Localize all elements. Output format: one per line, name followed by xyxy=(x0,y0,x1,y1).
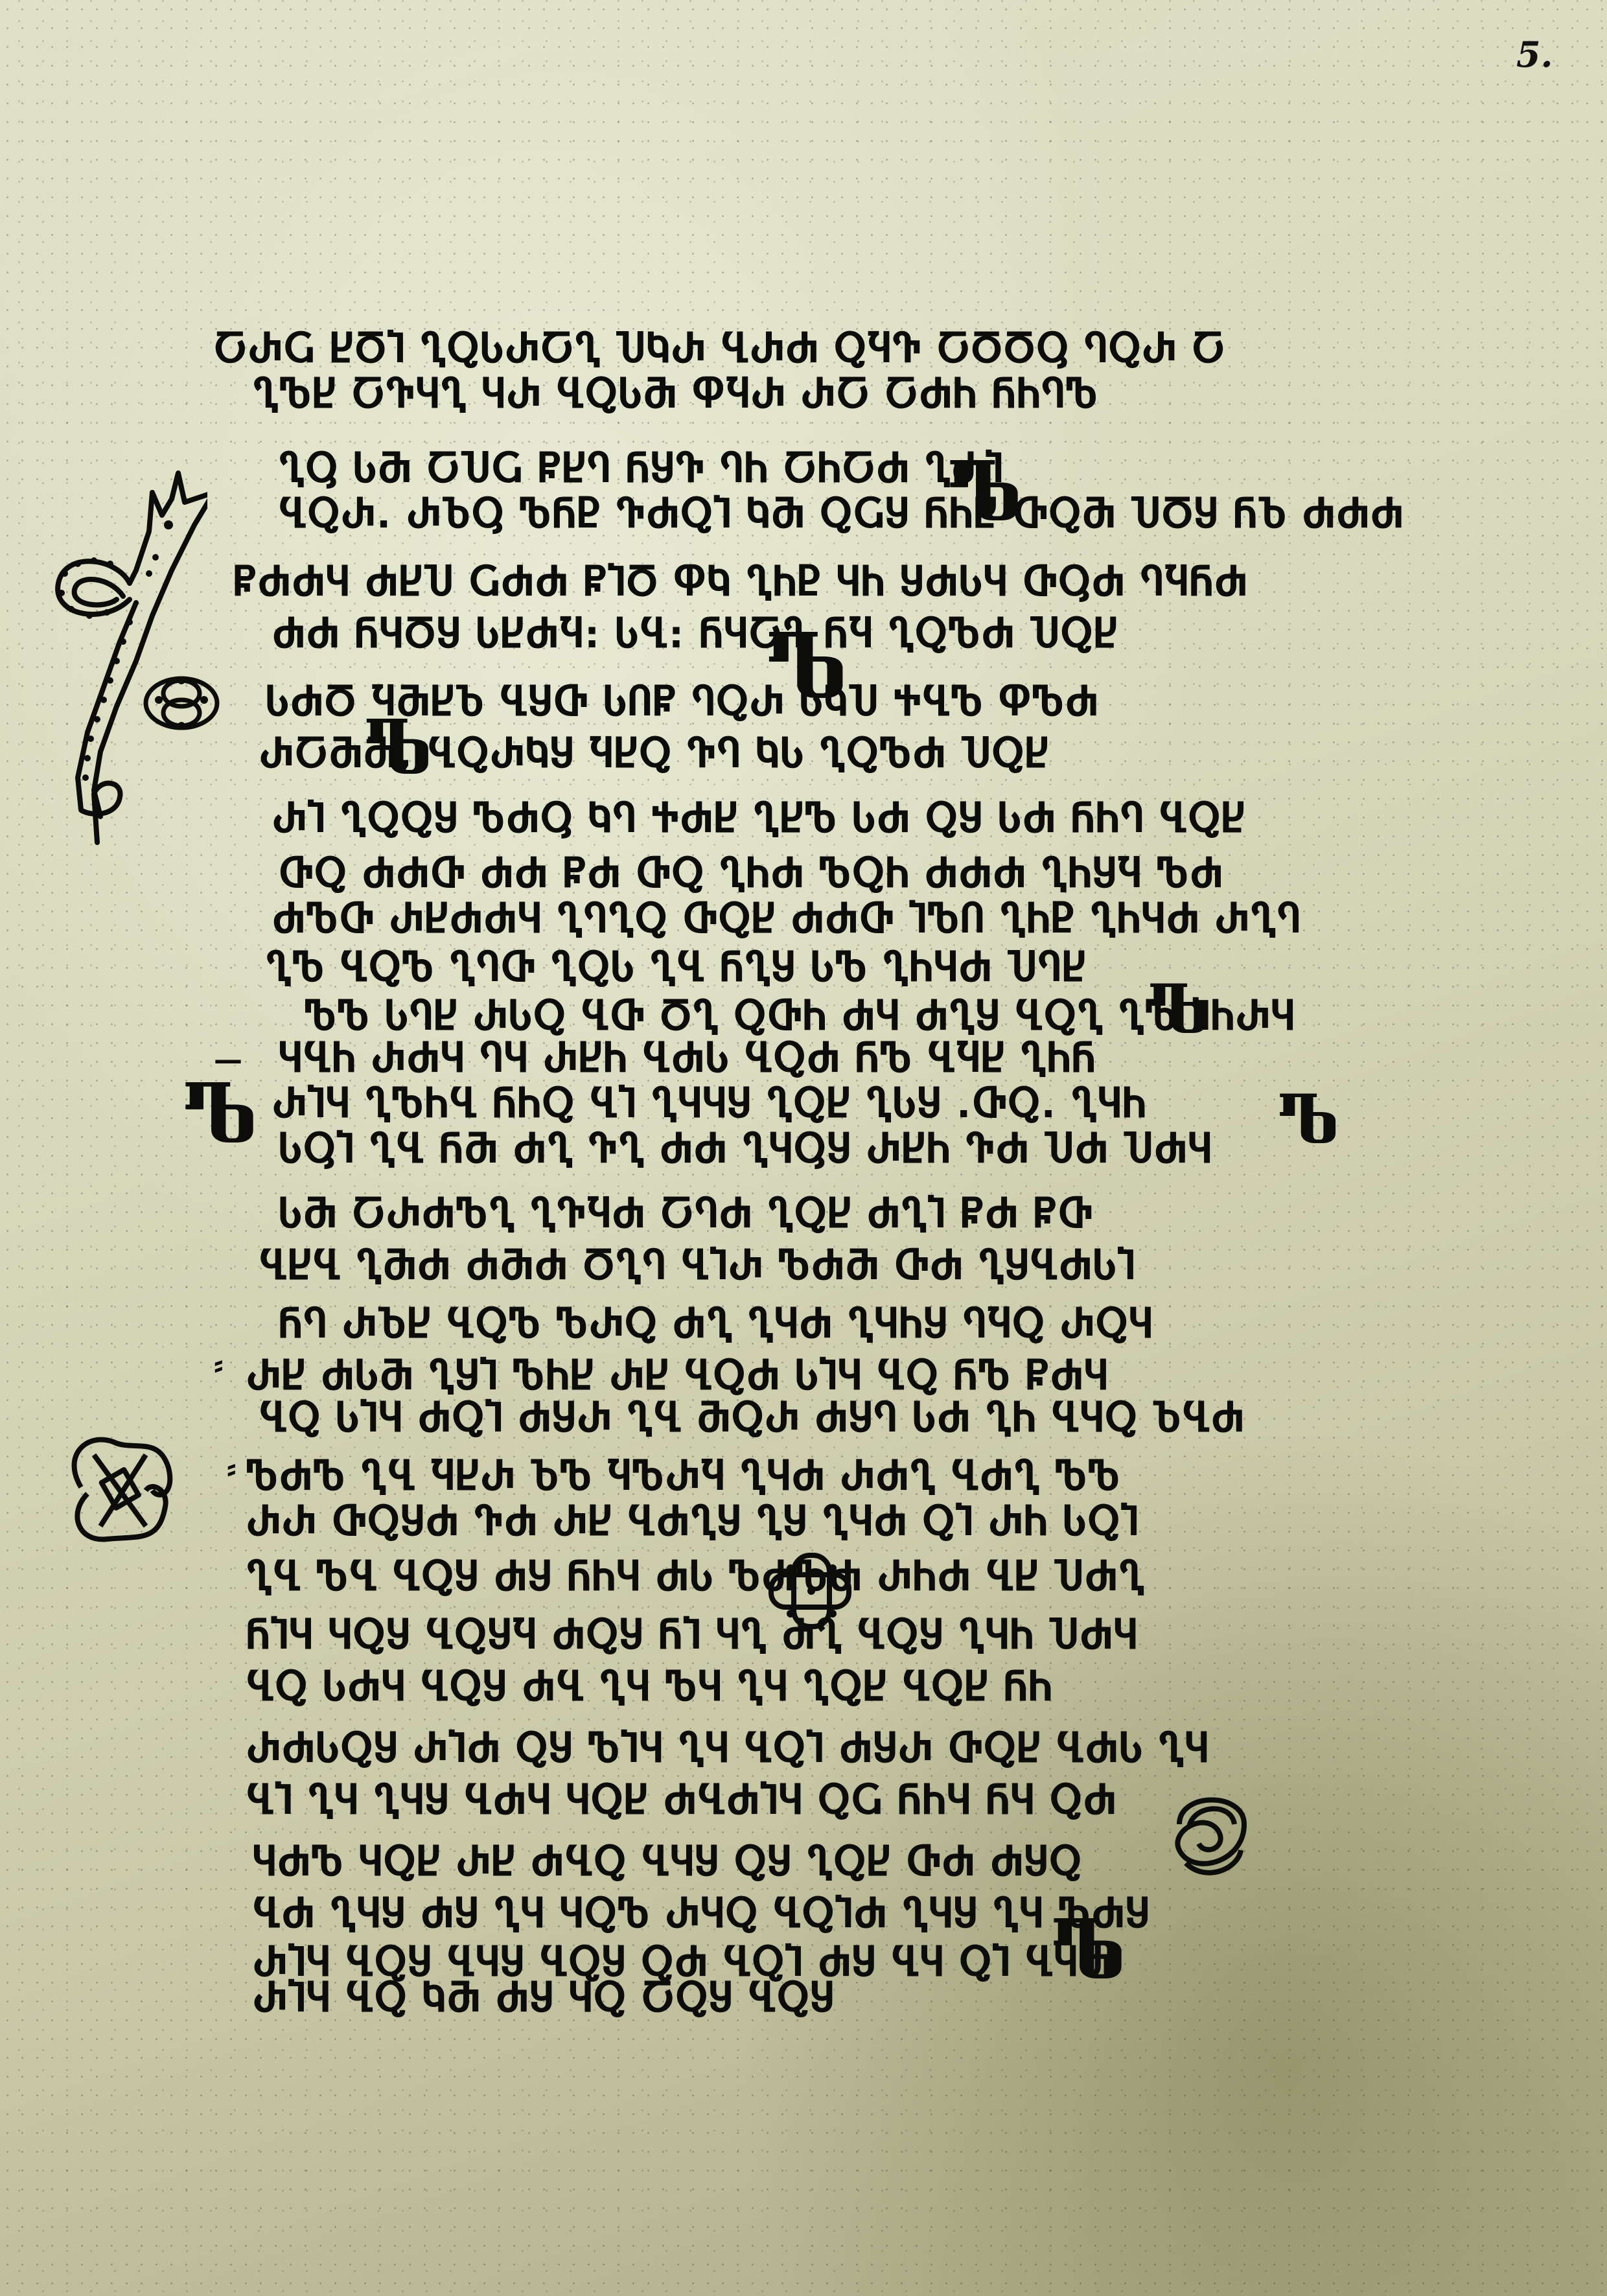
manuscript-line: ႰႨ ႢႭႭႸ ႪႻႳ ႩႤ ႵႻႾ ႢႾႪ ႱႻ ႭႸ ႱႻ ႬႹႤ ႡႭႾ xyxy=(272,797,1246,841)
triquetra-icon xyxy=(1166,1785,1257,1883)
interlace-knot-ornament xyxy=(62,1429,178,1549)
decorated-initial: Ⴊ xyxy=(1277,1089,1338,1157)
triquetra-ornament xyxy=(1166,1785,1257,1883)
manuscript-line: ႷႻႪ ႷႭႾ ႰႾ ႻႡႭ ႡႷႸ ႭႸ ႢႭႾ ႧႻ ႻႸႭ xyxy=(253,1840,1083,1884)
decorated-initial: Ⴊ xyxy=(765,625,846,717)
manuscript-line: ႡႭ ႱႻႷ ႡႭႸ ႻႡ ႢႷ ႪႷ ႢႷ ႢႭႾ ႡႭႾ ႬႹ xyxy=(246,1665,1053,1710)
margin-mark: ⸗ xyxy=(214,1348,224,1381)
manuscript-line: ႱႫ ႠႰႻႪႢ ႢႥႯႻ ႠႤႻ ႢႭႾ ႻႢႨ ႼႻ ႼႧ xyxy=(279,1192,1094,1236)
decorated-initial: Ⴊ xyxy=(1050,1912,1125,1995)
manuscript-line: ႪႻႪ ႢႡ ႯႾႰ ႦႪ ႯႪႰႯ ႢႷႻ ႰႻႢ ႡႻႢ ႪႪ xyxy=(246,1455,1121,1499)
manuscript-line: ႬႨႷ ႷႭႸ ႡႭႸႯ ႻႭႸ ႬႨ ႷႢ ႻႢ ႡႭႸ ႢႷႹ ႮႻႷ xyxy=(246,1614,1139,1658)
decorated-initial: Ⴊ xyxy=(946,454,1021,537)
serpent-icon xyxy=(39,454,207,868)
margin-mark: — xyxy=(214,1043,242,1076)
decorated-initial: Ⴊ xyxy=(363,713,431,789)
manuscript-line: ႼႻႻႷ ႻႾႮ ႺႻႻ ႼႨႣ ႴႩ ႢႹႲ ႷႹ ႸႻႱႷ ႧႳႻ ႤႯႬႻ xyxy=(233,561,1249,605)
interlace-knot-icon xyxy=(62,1429,178,1549)
manuscript-line: ႬႤ ႰႦႾ ႡႭႪ ႪႰႭ ႻႢ ႢႷႻ ႢႷႹႸ ႤႯႭ ႰႭႷ xyxy=(279,1303,1153,1347)
manuscript-line: ႷႡႹ ႰႻႷ ႤႷ ႰႾႹ ႡႻႱ ႡႭႻ ႬႪ ႡႯႾ ႢႹႬ xyxy=(279,1037,1096,1081)
knot-icon xyxy=(765,1549,855,1633)
manuscript-page: 5. ႠႰႺ ႾႣႨ ႢႭႱႰႠႢ ႮႩႰ ႡႰႻ ႭႯႥ ႠႣႣႳ ႤႭႰ Ⴀ… xyxy=(0,0,1607,2296)
decorated-initial: Ⴊ xyxy=(1147,979,1208,1047)
manuscript-line: ႰႰ ႧႭႸႻ ႥႻ ႰႾ ႡႻႢႸ ႢႸ ႢႷႻ ႭႨ ႰႹ ႱႭႨ xyxy=(246,1500,1139,1544)
manuscript-line: ႡႭႰ. ႰႦႳ ႪႬႲ ႥႻႭႨ ႩႫ ႭႺႸ ႬႹႾ ႧႭႫ ႮႣႸ ႬႦ … xyxy=(279,493,1405,537)
manuscript-line: ႡႻ ႢႷႸ ႻႸ ႢႷ ႷႭႪ ႰႷႭ ႡႭႨႻ ႢႷႸ ႢႷ ႪႻႸ xyxy=(253,1892,1151,1936)
manuscript-line: ႡႨ ႢႷ ႢႷႸ ႡႻႷ ႷႭႾ ႻႡႻႨႷ ႭႺ ႬႹႷ ႬႷ ႭႻ xyxy=(246,1779,1117,1823)
knot-ornament-small xyxy=(139,667,224,739)
manuscript-line: ႰႨႷ ႡႭ ႩႫ ႻႸ ႷႭ ႠႭႸ ႡႭႸ xyxy=(253,1977,835,2021)
decorated-initial: Ⴊ xyxy=(181,1076,257,1159)
knot-icon xyxy=(139,667,224,739)
manuscript-line: ႢႳ ႱႫ ႠႮႺ ႼႾႤ ႬႸႥ ႤႹ ႠႹႠႻ ႢႻႨ xyxy=(279,447,1004,491)
manuscript-line: ႻႪႧ ႰႾႻႻႷ ႢႤႢႭ ႧႭႾ ႻႻႧ ႨႪႶ ႢႹႲ ႢႹႷႻ ႰႢႤ xyxy=(272,898,1302,942)
knot-ornament-inline xyxy=(765,1549,855,1633)
manuscript-line: ႰႨႷ ႢႪႹႡ ႬႹႭ ႡႨ ႢႷႷႸ ႢႭႾ ႢႱႸ .ႧႭ. ႢႷႹ xyxy=(272,1082,1147,1126)
manuscript-line: ႡႾႡ ႢႫႻ ႻႫႻ ႣႢႤ ႡႨႰ ႪႻႫ ႧႻ ႢႸႡႻႱႨ xyxy=(259,1244,1136,1288)
serpent-ornament xyxy=(39,454,207,868)
manuscript-line: ႠႰႺ ႾႣႨ ႢႭႱႰႠႢ ႮႩႰ ႡႰႻ ႭႯႥ ႠႣႣႳ ႤႭႰ Ⴀ xyxy=(214,327,1226,371)
margin-mark: ⸗ xyxy=(227,1452,237,1485)
manuscript-line: ႧႭ ႻႻႧ ႻႻ ႼႻ ႧႭ ႢႹႻ ႪႭႹ ႻႻႻ ႢႹႸႯ ႪႻ xyxy=(279,852,1224,896)
manuscript-line: ႰႾ ႻႱႫ ႢႸႨ ႪႹႾ ႰႾ ႡႭႻ ႱႨႷ ႡႭ ႬႪ ႼႻႷ xyxy=(246,1354,1109,1398)
manuscript-line: ႻႻ ႬႷႣႸ ႱႾႻႯ: ႱႡ: ႬႷႠႢ ႬႯ ႢႭႪႻ ႮႭႾ xyxy=(272,612,1118,656)
manuscript-line: ႡႭ ႱႨႷ ႻႭႨ ႻႸႰ ႢႡ ႫႭႰ ႻႸႤ ႱႻ ႢႹ ႡႷႭ ႦႡႻ xyxy=(259,1397,1245,1441)
manuscript-line: ႢႪ ႡႭႪ ႢႤႧ ႢႭႱ ႢႡ ႬႢႸ ႱႪ ႢႹႷႻ ႮႤႾ xyxy=(266,946,1087,990)
manuscript-line: ႢႡ ႪႡ ႡႭႸ ႻႸ ႬႹႷ ႻႱ ႪႻႪႻ ႰႹႻ ႡႾ ႮႻႢ xyxy=(246,1555,1146,1599)
manuscript-line: ႢႪႾ ႠႥႷႢ ႷႰ ႡႭႱႫ ႴႯႰ ႰႠ ႠႻႹ ႬႹႤႪ xyxy=(253,373,1099,417)
manuscript-line: ႱႳႨ ႢႡ ႬႫ ႻႢ ႥႢ ႻႻ ႢႷႳႸ ႰႾႹ ႥႻ ႮႻ ႮႻႷ xyxy=(279,1128,1213,1172)
page-number: 5. xyxy=(1516,34,1553,75)
manuscript-line: ႰႻႱႭႸ ႰႨႻ ႭႸ ႪႨႷ ႢႷ ႡႭႨ ႻႸႰ ႧႭႾ ႡႻႱ ႢႷ xyxy=(246,1727,1210,1771)
